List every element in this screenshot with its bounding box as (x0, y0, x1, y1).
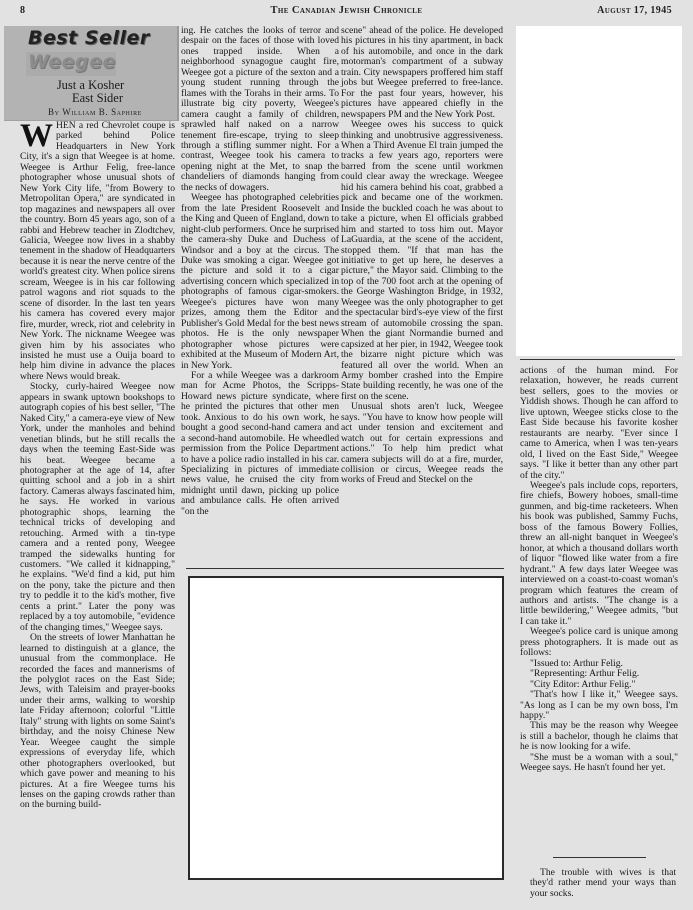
drop-cap: W (20, 122, 53, 150)
paragraph: HEN a red Chevrolet coupe is parked behi… (20, 121, 175, 382)
article-column-2: ing. He catches the looks of terror and … (181, 26, 339, 517)
paragraph: ing. He catches the looks of terror and … (181, 26, 339, 193)
paragraph: actions of the human mind. For relaxatio… (520, 366, 678, 481)
end-rule (553, 857, 646, 858)
issue-date: August 17, 1945 (597, 5, 672, 16)
article-column-4: actions of the human mind. For relaxatio… (520, 366, 678, 774)
paragraph: "That's how I like it," Weegee says. "As… (520, 690, 678, 721)
headline-subtitle: Just a Kosher East Sider (4, 79, 177, 105)
paragraph: Weegee's pals include cops, reporters, f… (520, 481, 678, 627)
paragraph: On the streets of lower Manhattan he lea… (20, 633, 175, 811)
article-column-1: W HEN a red Chevrolet coupe is parked be… (20, 121, 175, 811)
section-rule (186, 568, 504, 569)
masthead: 8 The Canadian Jewish Chronicle August 1… (0, 0, 693, 22)
headline-box: Best Seller Weegee Just a Kosher East Si… (4, 26, 179, 121)
paragraph: Stocky, curly-haired Weegee now appears … (20, 382, 175, 633)
blank-photo-frame (188, 576, 504, 880)
filler-text: The trouble with wives is that they'd ra… (530, 868, 676, 899)
column-rule (520, 359, 675, 360)
paragraph: "She must be a woman with a soul," Weege… (520, 753, 678, 774)
publication-title: The Canadian Jewish Chronicle (0, 5, 693, 16)
blank-image-area-top-right (516, 26, 682, 356)
paragraph: For a while Weegee was a darkroom man fo… (181, 371, 339, 517)
byline: By William B. Saphire (48, 107, 142, 117)
paragraph: This may be the reason why Weegee is sti… (520, 721, 678, 752)
filler-item: The trouble with wives is that they'd ra… (530, 868, 676, 899)
subtitle-line-1: Just a Kosher (57, 78, 124, 92)
paragraph: Weegee owes his success to quick thinkin… (341, 120, 503, 402)
article-column-3: scene" ahead of the police. He developed… (341, 26, 503, 486)
paragraph: Unusual shots aren't luck, Weegee says. … (341, 402, 503, 486)
headline-title: Weegee (28, 51, 116, 73)
paragraph: Weegee's police card is unique among pre… (520, 627, 678, 658)
paragraph: Weegee has photographed celebrities from… (181, 193, 339, 371)
paragraph: scene" ahead of the police. He developed… (341, 26, 503, 120)
subtitle-line-2: East Sider (4, 92, 177, 105)
headline-kicker: Best Seller (28, 27, 150, 49)
